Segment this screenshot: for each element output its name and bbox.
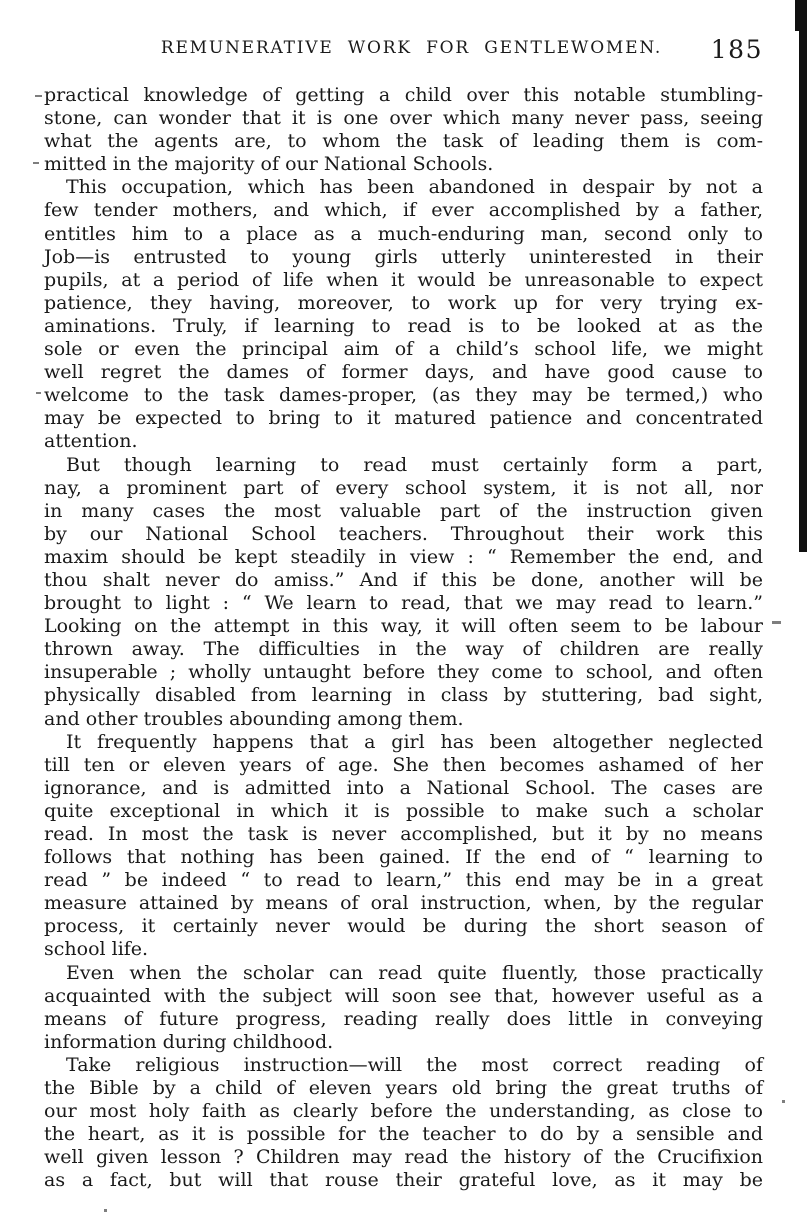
text-line: read. In most the task is never accompli… [44,823,763,846]
text-line: sole or even the principal aim of a chil… [44,338,763,361]
text-body: practical knowledge of getting a child o… [44,84,763,1193]
text-line: in many cases the most valuable part of … [44,500,763,523]
scanned-book-page: REMUNERATIVE WORK FOR GENTLEWOMEN. 185 p… [0,0,807,1229]
text-line: well given lesson ? Children may read th… [44,1146,763,1169]
text-line: measure attained by means of oral instru… [44,892,763,915]
scan-edge-artifact [799,0,807,552]
text-line: and other troubles abounding among them. [44,708,763,731]
text-line: thrown away. The difficulties in the way… [44,638,763,661]
text-line: our most holy faith as clearly before th… [44,1100,763,1123]
text-line: aminations. Truly, if learning to read i… [44,315,763,338]
scan-speck [36,392,41,394]
text-line: Even when the scholar can read quite flu… [44,962,763,985]
text-line: well regret the dames of former days, an… [44,361,763,384]
text-line: patience, they having, moreover, to work… [44,292,763,315]
text-line: nay, a prominent part of every school sy… [44,477,763,500]
text-line: what the agents are, to whom the task of… [44,130,763,153]
scan-speck [782,1100,785,1103]
text-line: Job—is entrusted to young girls utterly … [44,246,763,269]
text-line: quite exceptional in which it is possibl… [44,800,763,823]
text-line: process, it certainly never would be dur… [44,915,763,938]
text-line: school life. [44,938,763,961]
text-line: maxim should be kept steadily in view : … [44,546,763,569]
page-header: REMUNERATIVE WORK FOR GENTLEWOMEN. 185 [44,28,763,58]
text-line: follows that nothing has been gained. If… [44,846,763,869]
text-line: insuperable ; wholly untaught before the… [44,661,763,684]
scan-speck [33,162,39,164]
text-line: physically disabled from learning in cla… [44,684,763,707]
scan-speck [772,621,781,624]
text-line: till ten or eleven years of age. She the… [44,754,763,777]
text-line: acquainted with the subject will soon se… [44,985,763,1008]
text-line: as a fact, but will that rouse their gra… [44,1169,763,1192]
text-line: information during childhood. [44,1031,763,1054]
text-line: ignorance, and is admitted into a Nation… [44,777,763,800]
text-line: This occupation, which has been abandone… [44,176,763,199]
text-line: welcome to the task dames-proper, (as th… [44,384,763,407]
text-line: stone, can wonder that it is one over wh… [44,107,763,130]
text-line: Take religious instruction—will the most… [44,1054,763,1077]
text-line: pupils, at a period of life when it woul… [44,269,763,292]
running-title: REMUNERATIVE WORK FOR GENTLEWOMEN. [52,40,771,57]
text-line: by our National School teachers. Through… [44,523,763,546]
text-line: the heart, as it is possible for the tea… [44,1123,763,1146]
text-line: brought to light : “ We learn to read, t… [44,592,763,615]
scan-speck [35,95,42,97]
text-line: entitles him to a place as a much-enduri… [44,223,763,246]
text-line: But though learning to read must certain… [44,454,763,477]
text-line: read ” be indeed “ to read to learn,” th… [44,869,763,892]
text-line: thou shalt never do amiss.” And if this … [44,569,763,592]
text-line: means of future progress, reading really… [44,1008,763,1031]
scan-speck [104,1209,107,1212]
page-number: 185 [711,37,763,62]
text-line: practical knowledge of getting a child o… [44,84,763,107]
text-line: attention. [44,430,763,453]
text-line: Looking on the attempt in this way, it w… [44,615,763,638]
text-line: few tender mothers, and which, if ever a… [44,199,763,222]
text-line: the Bible by a child of eleven years old… [44,1077,763,1100]
text-line: mitted in the majority of our National S… [44,153,763,176]
text-line: It frequently happens that a girl has be… [44,731,763,754]
text-line: may be expected to bring to it matured p… [44,407,763,430]
